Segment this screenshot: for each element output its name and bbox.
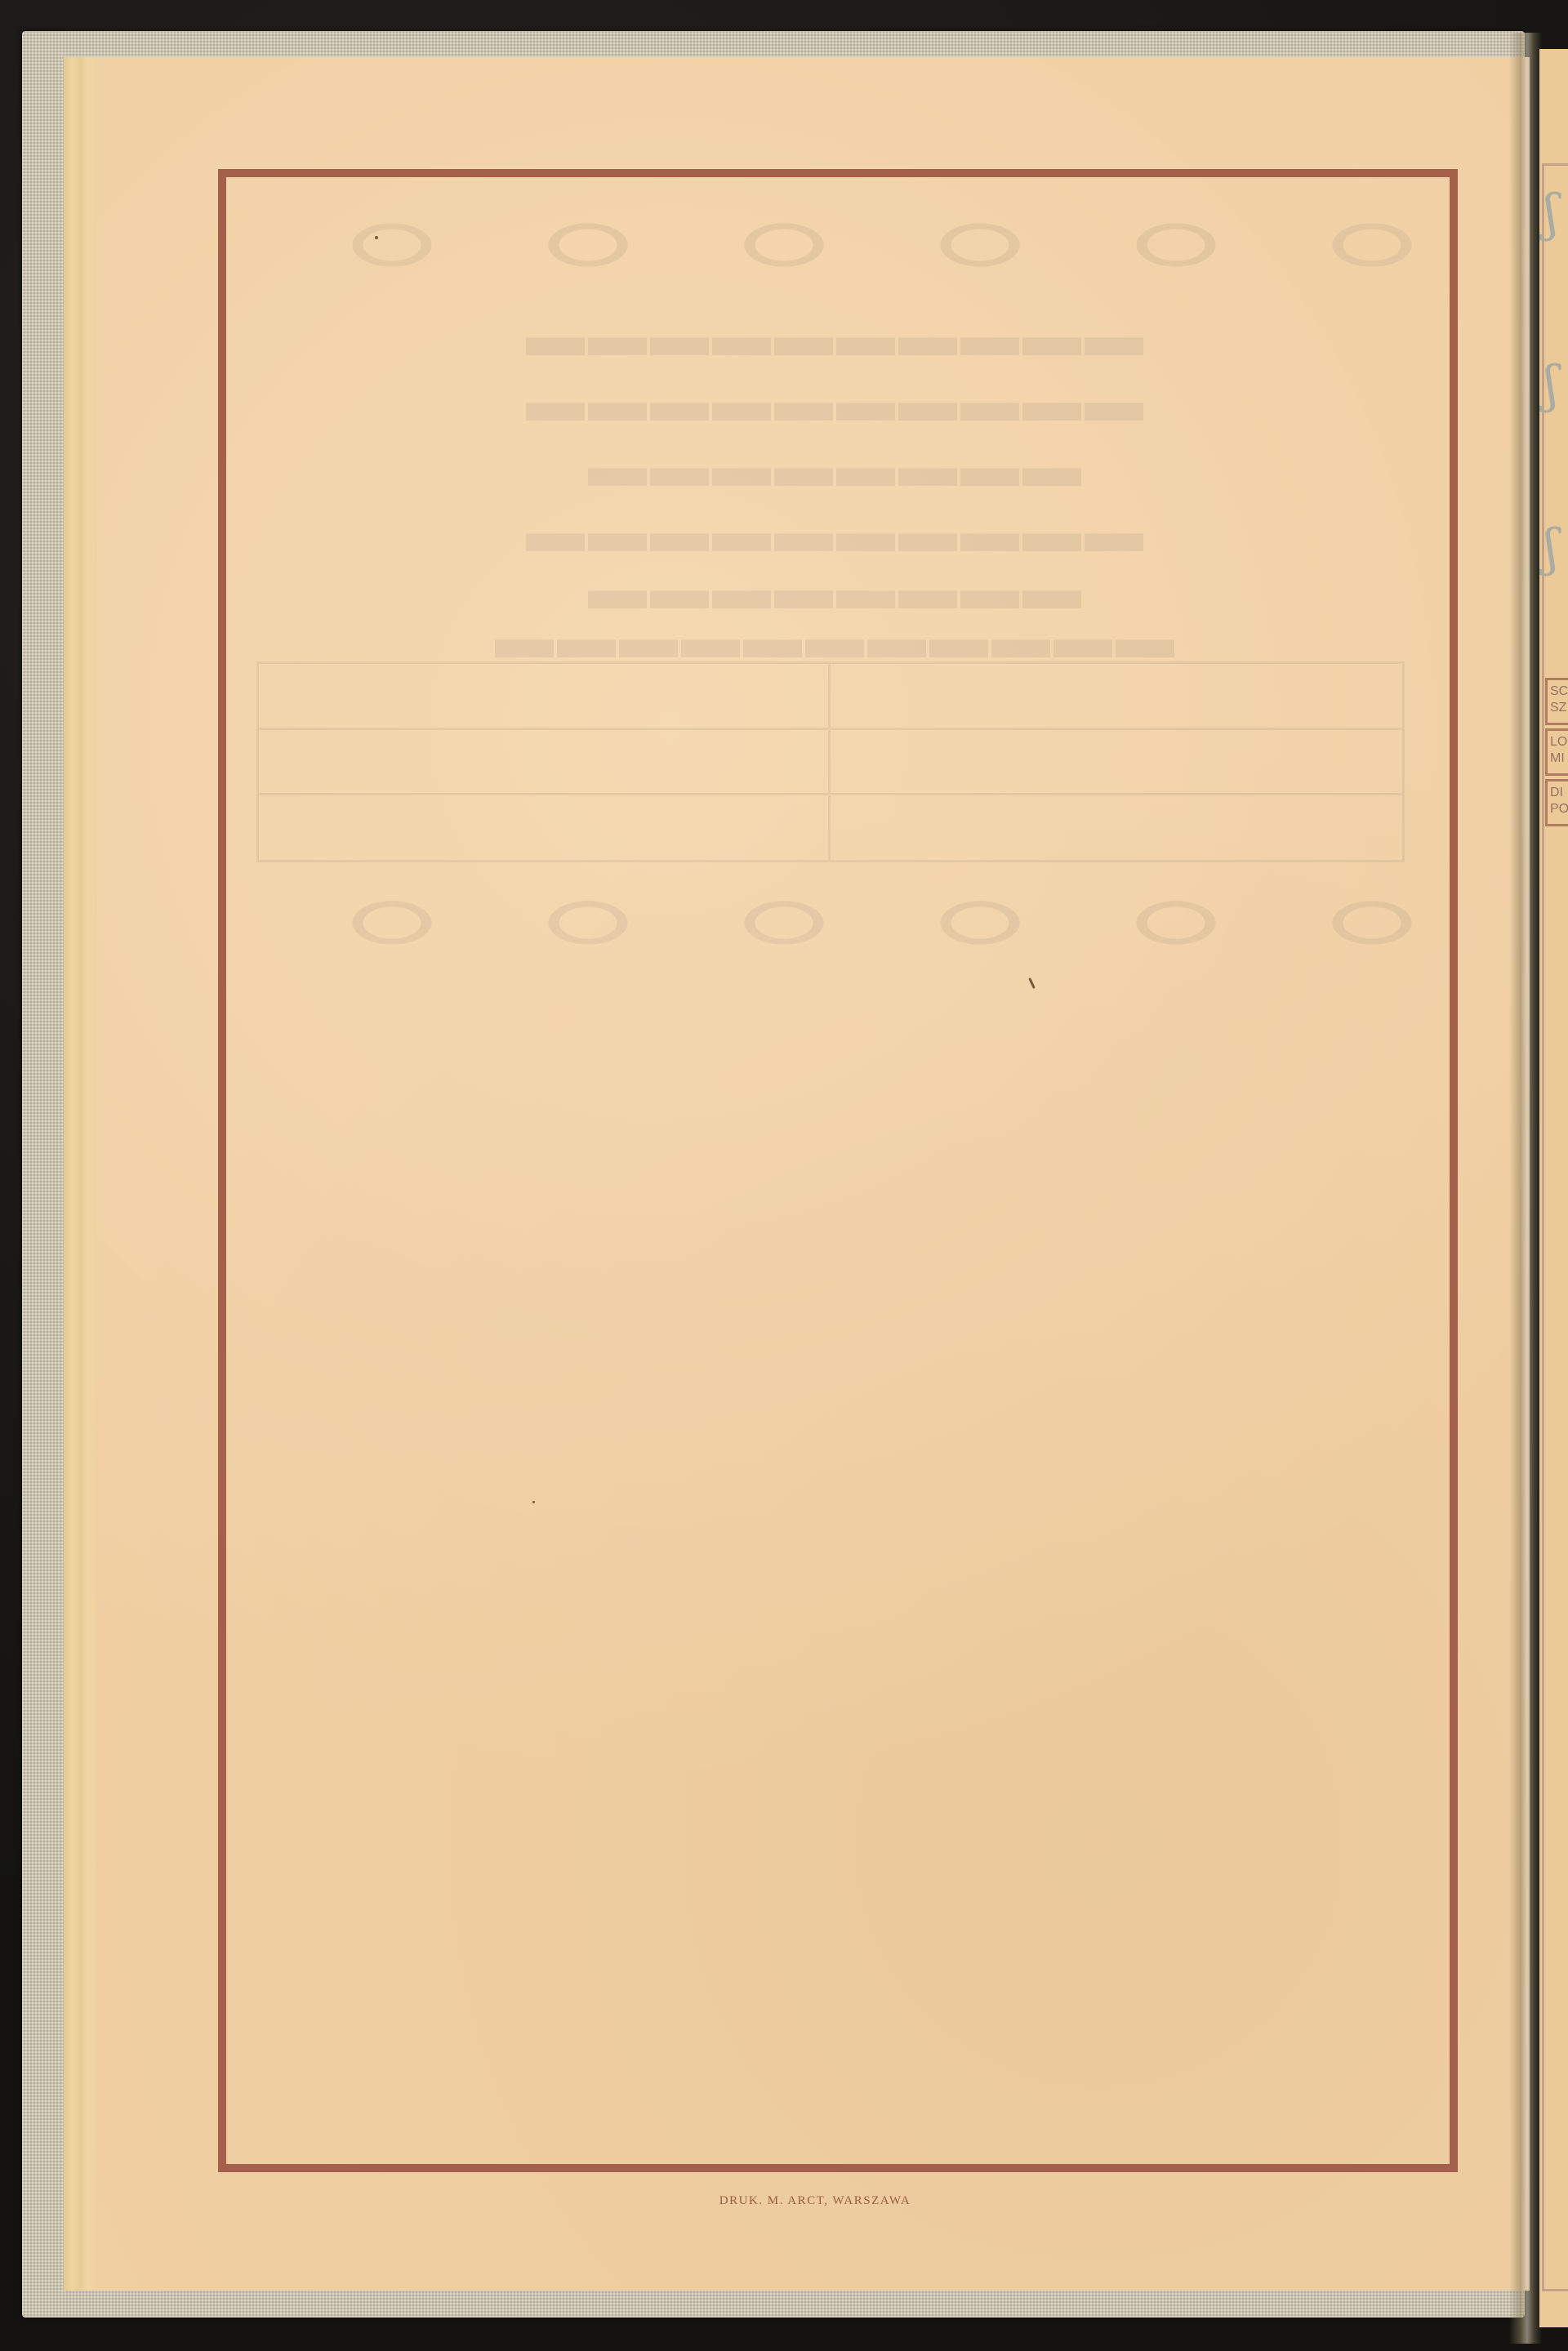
facing-page-sliver: ʃ ʃ ʃ SC SZ LO MI DI PO bbox=[1539, 49, 1568, 2327]
facing-page-frame bbox=[1542, 163, 1568, 2291]
cell-line: SZ bbox=[1550, 700, 1568, 716]
cell-line: LO bbox=[1550, 734, 1568, 750]
cell-line: DI bbox=[1550, 785, 1568, 801]
book-gutter bbox=[1509, 33, 1542, 2344]
facing-page-cell: SC SZ bbox=[1545, 678, 1568, 725]
facing-page-cell: LO MI bbox=[1545, 728, 1568, 776]
printer-imprint: DRUK. M. ARCT, WARSZAWA bbox=[0, 2193, 1568, 2208]
paper-speck bbox=[375, 236, 378, 239]
facing-page-ornament: ʃ bbox=[1544, 359, 1558, 410]
imprint-text: DRUK. M. ARCT, WARSZAWA bbox=[719, 2194, 911, 2208]
decorative-border-frame bbox=[218, 169, 1458, 2172]
cell-line: MI bbox=[1550, 750, 1568, 767]
paper-speck bbox=[532, 1501, 535, 1503]
cell-line: PO bbox=[1550, 801, 1568, 817]
cell-line: SC bbox=[1550, 683, 1568, 700]
facing-page-ornament: ʃ bbox=[1544, 188, 1558, 238]
facing-page-cell: DI PO bbox=[1545, 779, 1568, 826]
facing-page-ornament: ʃ bbox=[1544, 523, 1558, 573]
